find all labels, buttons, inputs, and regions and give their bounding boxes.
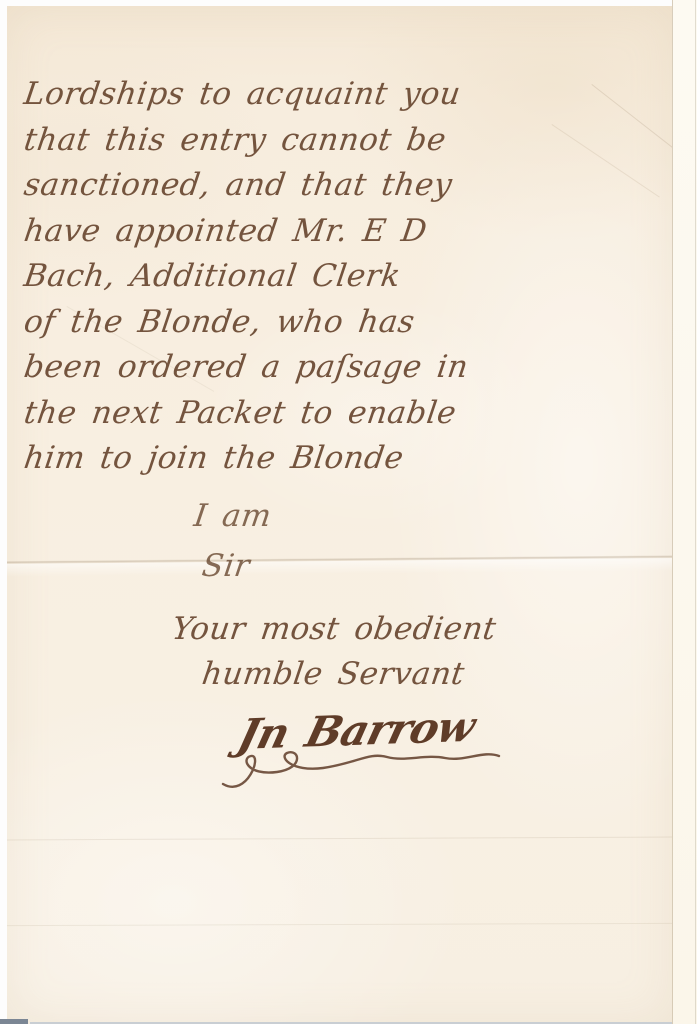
faint-crease xyxy=(7,923,672,926)
letter-page: Lordships to acquaint you that this entr… xyxy=(7,6,672,1024)
faint-crease xyxy=(7,837,672,841)
scanner-corner-artifact xyxy=(0,1019,28,1024)
letter-line-9: him to join the Blonde xyxy=(21,436,627,482)
letter-line-3: sanctioned, and that they xyxy=(21,163,627,209)
letter-line-6: of the Blonde, who has xyxy=(21,300,627,346)
letter-line-7: been ordered a paſsage in xyxy=(21,345,627,391)
signature: Jn Barrow xyxy=(233,701,480,758)
letter-line-4: have appointed Mr. E D xyxy=(21,209,627,255)
closing-line-sir: Sir xyxy=(199,544,627,590)
closing-line-i-am: I am xyxy=(191,494,627,540)
letter-text: Lordships to acquaint you that this entr… xyxy=(21,72,621,800)
letter-line-1: Lordships to acquaint you xyxy=(21,72,627,118)
closing-line-servant: humble Servant xyxy=(199,652,627,698)
closing-line-obedient: Your most obedient xyxy=(169,607,627,653)
letter-line-8: the next Packet to enable xyxy=(21,391,627,437)
letter-line-2: that this entry cannot be xyxy=(21,118,627,164)
signature-block: Jn Barrow xyxy=(233,710,621,800)
paper-right-edge xyxy=(672,0,697,1024)
letter-line-5: Bach, Additional Clerk xyxy=(21,254,627,300)
